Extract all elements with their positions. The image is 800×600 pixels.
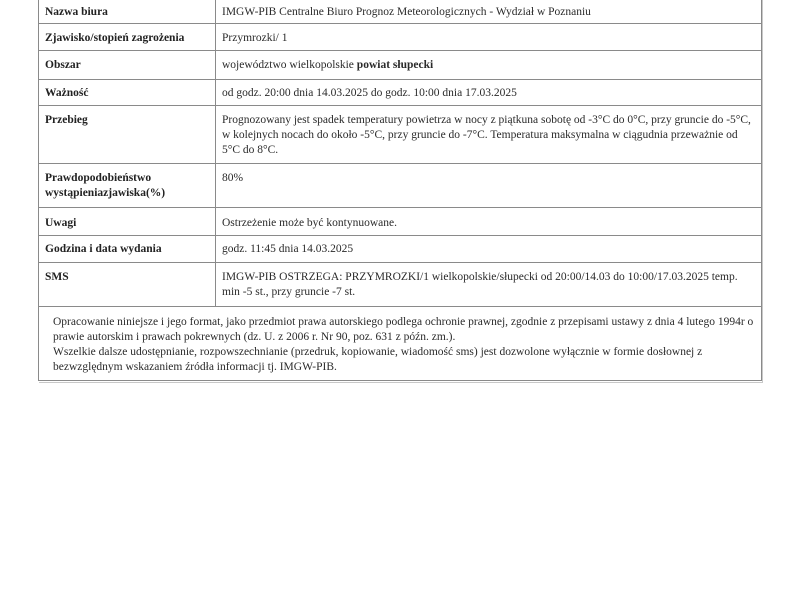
copyright-paragraph: Opracowanie niniejsze i jego format, jak… xyxy=(45,315,755,345)
page-shadow-right xyxy=(762,0,763,383)
value-phenomenon: Przymrozki/ 1 xyxy=(216,24,762,51)
table-row-course: Przebieg Prognozowany jest spadek temper… xyxy=(39,106,762,164)
table-row-office: Nazwa biura IMGW-PIB Centralne Biuro Pro… xyxy=(39,0,762,24)
table-row-probability: Prawdopodobieństwo wystąpieniazjawiska(%… xyxy=(39,164,762,208)
page-shadow-bottom xyxy=(39,382,763,383)
table-row-phenomenon: Zjawisko/stopień zagrożenia Przymrozki/ … xyxy=(39,24,762,51)
value-course: Prognozowany jest spadek temperatury pow… xyxy=(216,106,762,164)
table-row-copyright: Opracowanie niniejsze i jego format, jak… xyxy=(39,307,762,381)
label-probability: Prawdopodobieństwo wystąpieniazjawiska(%… xyxy=(39,164,216,208)
label-remarks: Uwagi xyxy=(39,208,216,236)
label-area: Obszar xyxy=(39,51,216,80)
warning-document: Nazwa biura IMGW-PIB Centralne Biuro Pro… xyxy=(38,0,762,381)
label-course: Przebieg xyxy=(39,106,216,164)
redistribution-paragraph: Wszelkie dalsze udostępnianie, rozpowsze… xyxy=(45,345,755,375)
value-issued: godz. 11:45 dnia 14.03.2025 xyxy=(216,236,762,263)
label-sms: SMS xyxy=(39,263,216,307)
table-row-issued: Godzina i data wydania godz. 11:45 dnia … xyxy=(39,236,762,263)
value-office: IMGW-PIB Centralne Biuro Prognoz Meteoro… xyxy=(216,0,762,24)
table-row-remarks: Uwagi Ostrzeżenie może być kontynuowane. xyxy=(39,208,762,236)
label-phenomenon: Zjawisko/stopień zagrożenia xyxy=(39,24,216,51)
warning-table: Nazwa biura IMGW-PIB Centralne Biuro Pro… xyxy=(38,0,762,381)
copyright-note: Opracowanie niniejsze i jego format, jak… xyxy=(39,307,762,381)
value-area: województwo wielkopolskie powiat słupeck… xyxy=(216,51,762,80)
label-issued: Godzina i data wydania xyxy=(39,236,216,263)
label-office: Nazwa biura xyxy=(39,0,216,24)
value-sms: IMGW-PIB OSTRZEGA: PRZYMROZKI/1 wielkopo… xyxy=(216,263,762,307)
area-county: powiat słupecki xyxy=(357,59,433,71)
value-remarks: Ostrzeżenie może być kontynuowane. xyxy=(216,208,762,236)
label-validity: Ważność xyxy=(39,80,216,106)
table-row-validity: Ważność od godz. 20:00 dnia 14.03.2025 d… xyxy=(39,80,762,106)
area-region: województwo wielkopolskie xyxy=(222,59,357,71)
value-validity: od godz. 20:00 dnia 14.03.2025 do godz. … xyxy=(216,80,762,106)
table-row-sms: SMS IMGW-PIB OSTRZEGA: PRZYMROZKI/1 wiel… xyxy=(39,263,762,307)
value-probability: 80% xyxy=(216,164,762,208)
table-row-area: Obszar województwo wielkopolskie powiat … xyxy=(39,51,762,80)
